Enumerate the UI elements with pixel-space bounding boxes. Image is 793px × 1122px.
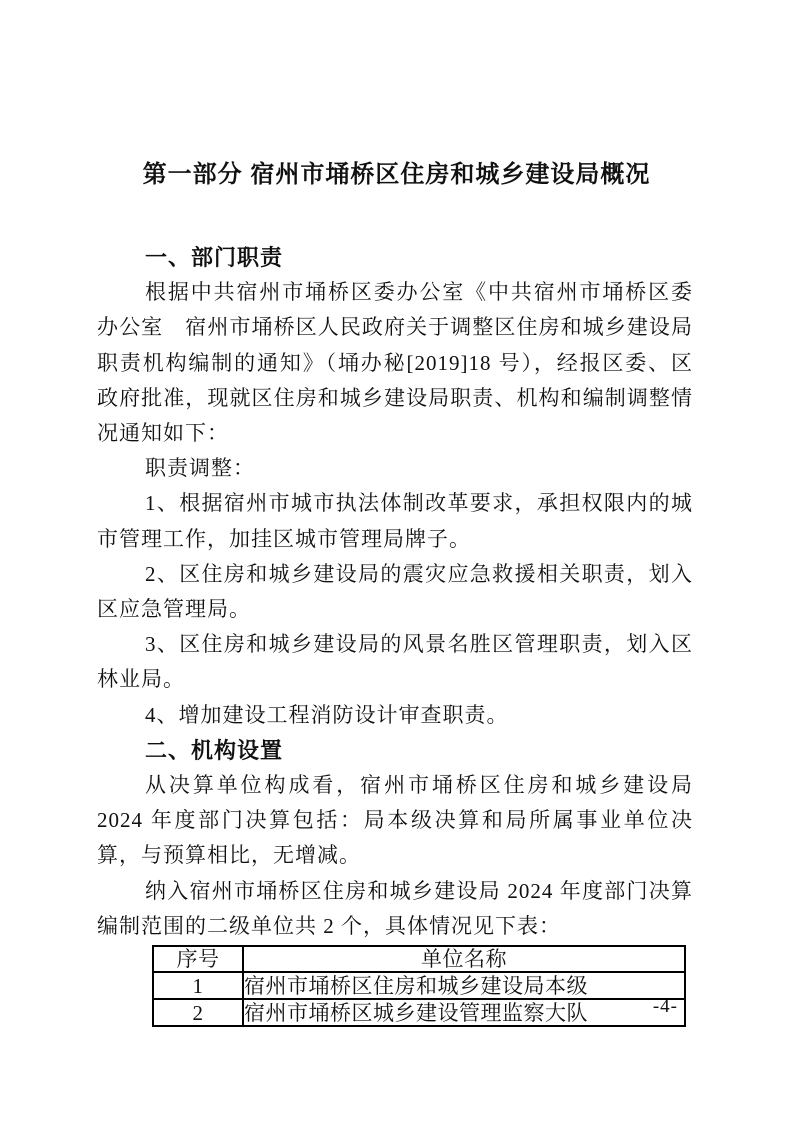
table-header-seq: 序号 — [153, 946, 243, 972]
table-cell-unit-name: 宿州市埇桥区城乡建设管理监察大队 — [243, 999, 685, 1026]
page-title: 第一部分 宿州市埇桥区住房和城乡建设局概况 — [0, 158, 793, 192]
para-duty-item-2: 2、区住房和城乡建设局的震灾应急救援相关职责，划入区应急管理局。 — [97, 557, 693, 627]
para-secondary-units-intro: 纳入宿州市埇桥区住房和城乡建设局 2024 年度部门决算编制范围的二级单位共 2… — [97, 874, 693, 944]
document-page: 第一部分 宿州市埇桥区住房和城乡建设局概况 一、部门职责 根据中共宿州市埇桥区委… — [0, 0, 793, 1122]
para-basis-notice: 根据中共宿州市埇桥区委办公室《中共宿州市埇桥区委办公室 宿州市埇桥区人民政府关于… — [97, 275, 693, 451]
section-heading-duties: 一、部门职责 — [97, 240, 693, 275]
para-duty-item-3: 3、区住房和城乡建设局的风景名胜区管理职责，划入区林业局。 — [97, 627, 693, 697]
table-row: 2 宿州市埇桥区城乡建设管理监察大队 — [153, 999, 685, 1026]
table-header-unit-name: 单位名称 — [243, 946, 685, 972]
table-cell-seq: 2 — [153, 999, 243, 1026]
para-final-accounts-scope: 从决算单位构成看，宿州市埇桥区住房和城乡建设局 2024 年度部门决算包括：局本… — [97, 768, 693, 874]
units-table-header-row: 序号 单位名称 — [153, 946, 685, 972]
para-duty-adjust-label: 职责调整： — [97, 451, 693, 486]
section-heading-organization: 二、机构设置 — [97, 733, 693, 768]
table-row: 1 宿州市埇桥区住房和城乡建设局本级 — [153, 972, 685, 999]
document-body: 一、部门职责 根据中共宿州市埇桥区委办公室《中共宿州市埇桥区委办公室 宿州市埇桥… — [97, 240, 693, 1027]
page-number: -4- — [653, 996, 678, 1018]
table-cell-seq: 1 — [153, 972, 243, 999]
table-cell-unit-name: 宿州市埇桥区住房和城乡建设局本级 — [243, 972, 685, 999]
para-duty-item-4: 4、增加建设工程消防设计审查职责。 — [97, 698, 693, 733]
para-duty-item-1: 1、根据宿州市城市执法体制改革要求，承担权限内的城市管理工作，加挂区城市管理局牌… — [97, 486, 693, 556]
units-table: 序号 单位名称 1 宿州市埇桥区住房和城乡建设局本级 2 宿州市埇桥区城乡建设管… — [152, 945, 686, 1027]
